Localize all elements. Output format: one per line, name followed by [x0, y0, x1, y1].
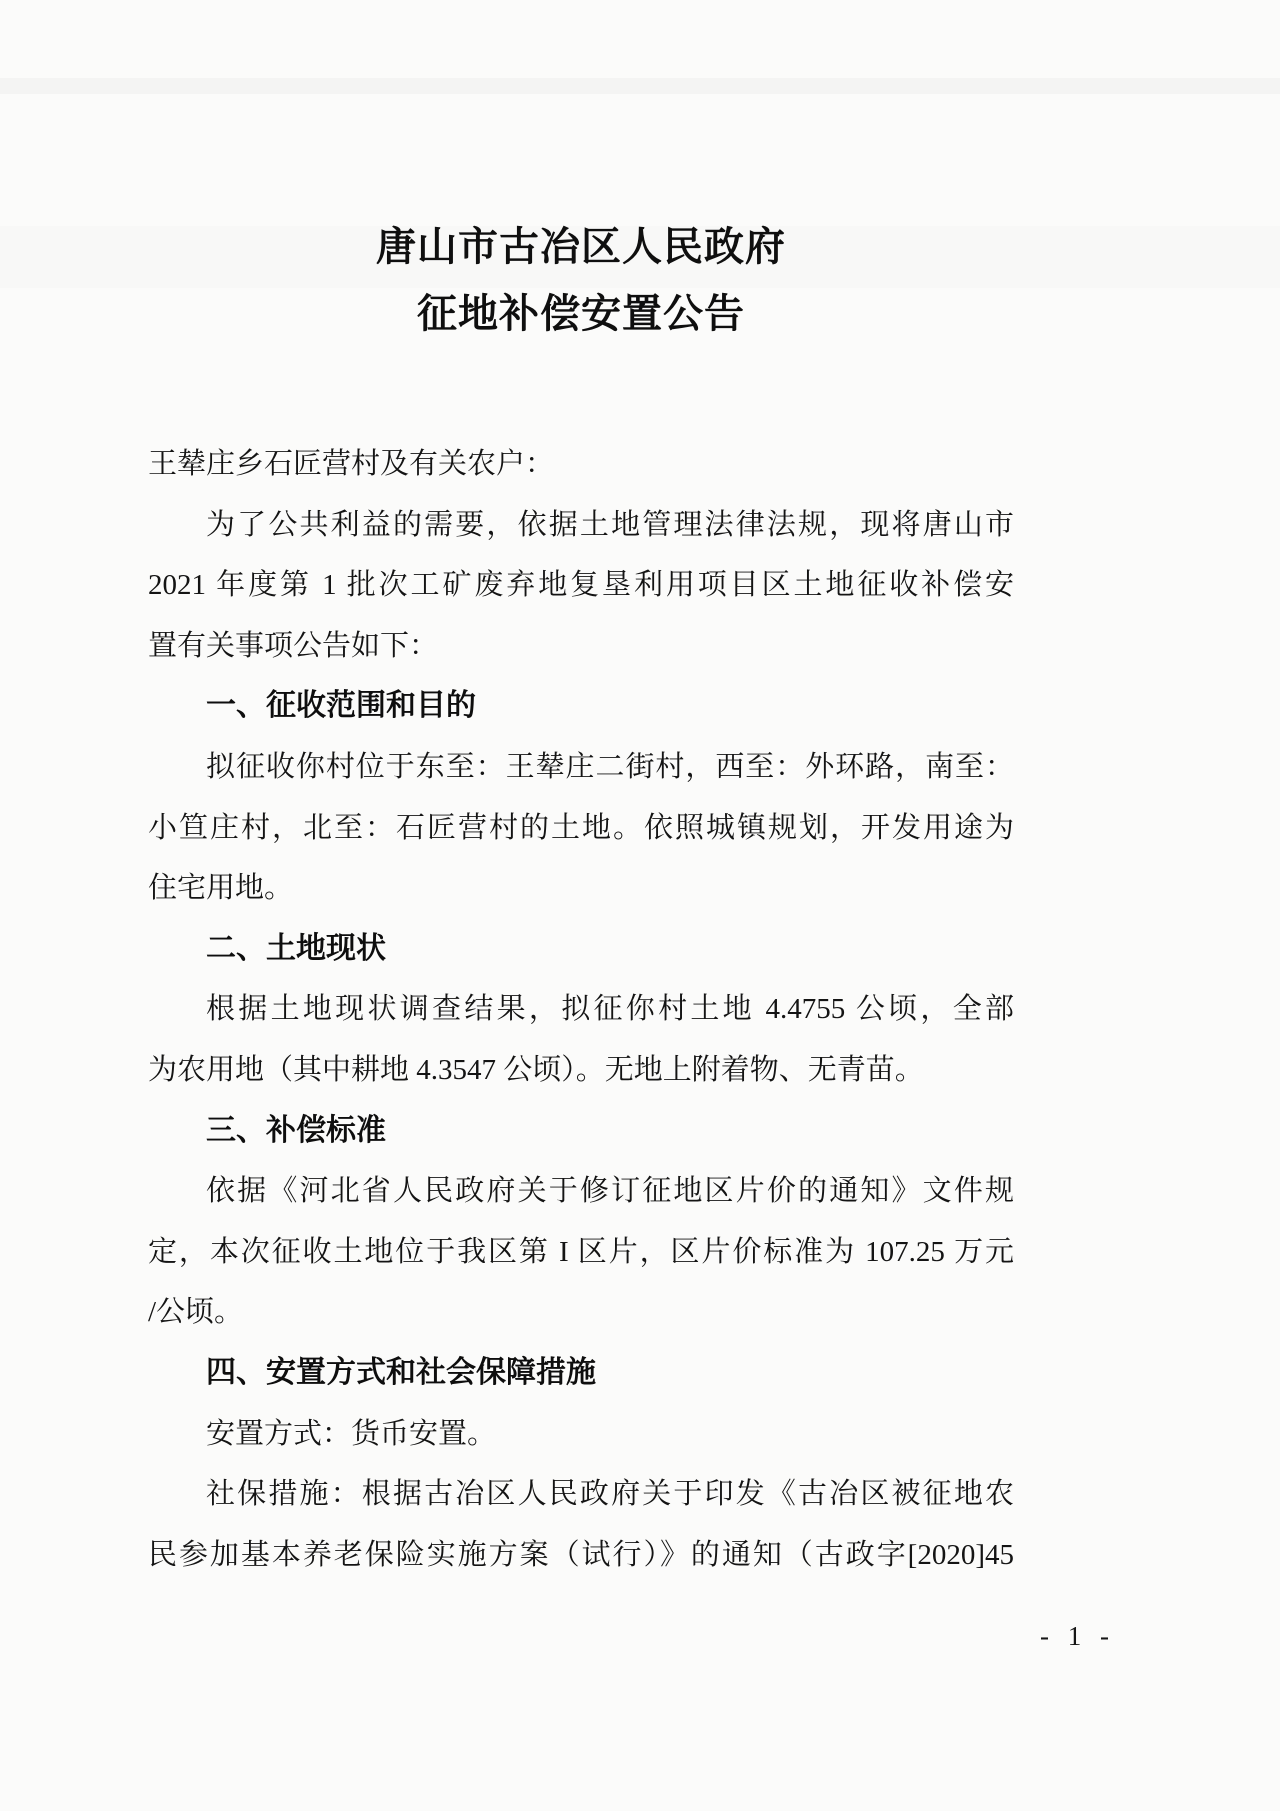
section-heading: 三、补偿标准	[148, 1101, 1014, 1162]
body-line: 2021 年度第 1 批次工矿废弃地复垦利用项目区土地征收补偿安	[148, 555, 1014, 616]
body-line: 拟征收你村位于东至：王辇庄二街村，西至：外环路，南至：	[148, 737, 1014, 798]
body-line: 置有关事项公告如下：	[148, 616, 1014, 677]
section-heading: 二、土地现状	[148, 919, 1014, 980]
body-line: 为农用地（其中耕地 4.3547 公顷）。无地上附着物、无青苗。	[148, 1040, 1014, 1101]
body-line: 定，本次征收土地位于我区第 I 区片，区片价标准为 107.25 万元	[148, 1222, 1014, 1283]
document-title-line1: 唐山市古冶区人民政府	[148, 214, 1014, 281]
page-number: - 1 -	[1040, 1616, 1115, 1656]
section-heading: 四、安置方式和社会保障措施	[148, 1343, 1014, 1404]
body-line: /公顷。	[148, 1282, 1014, 1343]
body-line: 小笪庄村，北至：石匠营村的土地。依照城镇规划，开发用途为	[148, 798, 1014, 859]
body-line: 根据土地现状调查结果，拟征你村土地 4.4755 公顷，全部	[148, 979, 1014, 1040]
document-title-line2: 征地补偿安置公告	[148, 281, 1014, 348]
scan-artifact-band	[0, 78, 1280, 94]
body-line: 为了公共利益的需要，依据土地管理法律法规，现将唐山市	[148, 495, 1014, 556]
salutation: 王辇庄乡石匠营村及有关农户：	[148, 434, 1014, 495]
document-body: 王辇庄乡石匠营村及有关农户： 为了公共利益的需要，依据土地管理法律法规，现将唐山…	[148, 434, 1014, 1585]
document-page: { "colors": { "paper": "#fbfbfa", "ink":…	[0, 0, 1280, 1811]
body-line: 民参加基本养老保险实施方案（试行）》的通知（古政字[2020]45	[148, 1525, 1014, 1586]
body-line: 依据《河北省人民政府关于修订征地区片价的通知》文件规	[148, 1161, 1014, 1222]
section-heading: 一、征收范围和目的	[148, 676, 1014, 737]
document-title: 唐山市古冶区人民政府 征地补偿安置公告	[148, 214, 1014, 348]
body-line: 安置方式：货币安置。	[148, 1404, 1014, 1465]
body-line: 住宅用地。	[148, 858, 1014, 919]
body-line: 社保措施：根据古冶区人民政府关于印发《古冶区被征地农	[148, 1464, 1014, 1525]
